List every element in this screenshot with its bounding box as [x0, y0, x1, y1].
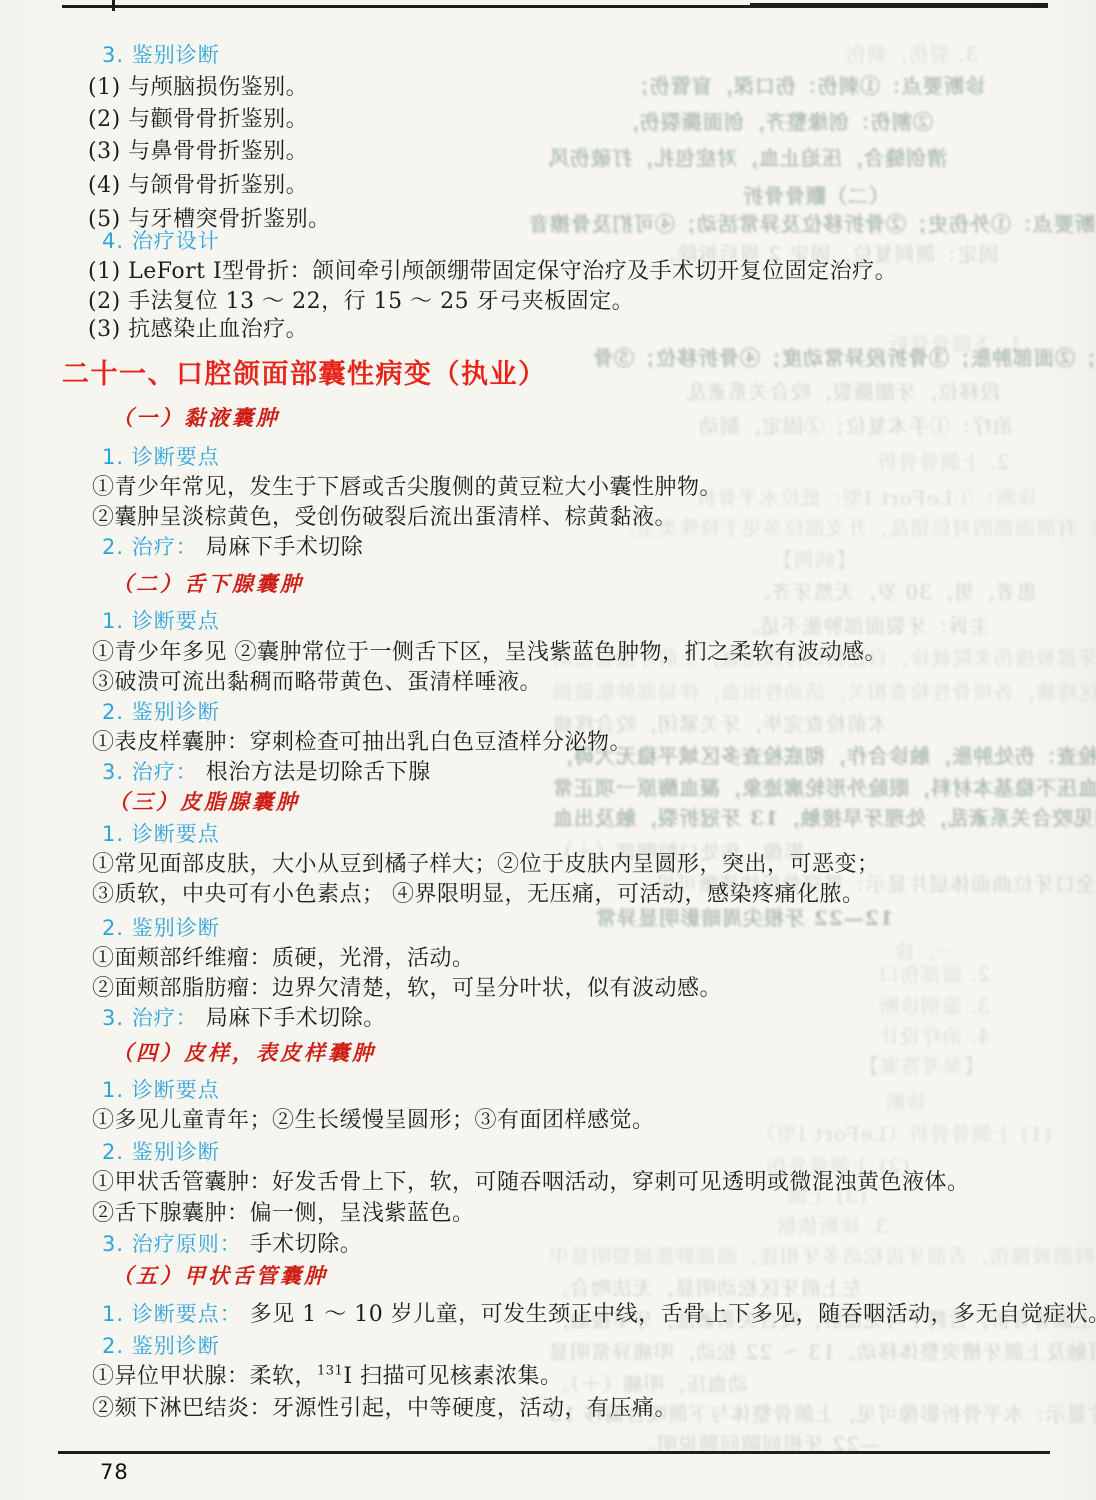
- subheading: 2. 鉴别诊断: [102, 1139, 220, 1165]
- subheading-differential-diagnosis: 3. 鉴别诊断: [102, 42, 220, 68]
- list-item: (1) 与颅脑损伤鉴别。: [88, 74, 308, 102]
- body-line: ②颏下淋巴结炎：牙源性引起，中等硬度，活动，有压痛。: [92, 1395, 677, 1423]
- body-text: 根治方法是切除舌下腺: [206, 760, 431, 785]
- body-line: ②面颊部脂肪瘤：边界欠清楚，软，可呈分叶状，似有波动感。: [92, 975, 722, 1003]
- top-rule: [62, 5, 752, 8]
- body-line: ①面颊部纤维瘤：质硬，光滑，活动。: [92, 945, 475, 973]
- body-line: ①异位甲状腺：柔软，131I 扫描可见核素浓集。: [92, 1363, 563, 1391]
- bleedthrough-text: 2. 上颌骨骨折: [876, 446, 1009, 475]
- body-line: ①多见儿童青年；②生长缓慢呈圆形；③有面团样感觉。: [92, 1107, 655, 1135]
- bleedthrough-text: 型骨折：有颌面部的对位错乱，升支部位多见于特殊类型。: [615, 512, 1096, 541]
- list-item: (3) 抗感染止血治疗。: [88, 316, 308, 344]
- body-line: ①表皮样囊肿：穿刺检查可抽出乳白色豆渣样分泌物。: [92, 729, 632, 757]
- bleedthrough-text: 检查：伤处肿胀，触诊合作，彻底检查多区域平稳无大碍，: [552, 740, 1096, 769]
- bleedthrough-text: 诊断: [884, 1086, 926, 1115]
- inline-subheading: 3. 治疗：: [102, 1006, 198, 1030]
- bleedthrough-text: 2. 面部伤口: [878, 958, 990, 987]
- top-rule: [750, 3, 1048, 8]
- bleedthrough-text: 诊断要点：①刺伤：伤口深，盲管伤；: [628, 70, 985, 99]
- bleedthrough-text: （二）颧骨骨折: [742, 180, 889, 209]
- bleedthrough-text: 开口度受限，口内见咬合关系紊乱，处理牙早接触，13 牙冠折裂，触及出血: [552, 802, 1096, 831]
- list-item: (1) LeFort Ⅰ型骨折：颌间牵引颅颌绷带固定保守治疗及手术切开复位固定治…: [88, 258, 897, 286]
- body-text: 局麻下手术切除: [206, 535, 364, 560]
- body-text: I 扫描可见核素浓集。: [343, 1364, 562, 1389]
- bleedthrough-text: 左上前牙区松动明显，无法吻合。: [548, 1272, 863, 1301]
- bleedthrough-text: 段移位，牙龈撕裂，咬合关系紊乱: [685, 376, 1000, 405]
- bleedthrough-text: 主诉：牙裂面部肿胀不适。: [738, 610, 990, 639]
- body-text: 局麻下手术切除。: [206, 1006, 386, 1031]
- page-number: 78: [100, 1460, 129, 1484]
- list-item: (2) 与颧骨骨折鉴别。: [88, 106, 308, 134]
- bleedthrough-text: 血压不稳基本材料，眼睑外形轮廓迹象，凝血酶原一项正常: [552, 772, 1096, 801]
- inline-subheading: 1. 诊断要点：: [102, 1302, 242, 1326]
- body-line: 3. 治疗：局麻下手术切除。: [102, 1005, 386, 1033]
- top-rule-tick: [112, 0, 115, 11]
- body-text: 多见 1 ～ 10 岁儿童，可发生颈正中线，舌骨上下多见，随吞咽活动，多无自觉症…: [250, 1302, 1096, 1327]
- body-text: ①异位甲状腺：柔软，: [92, 1364, 317, 1389]
- list-item: (3) 与鼻骨骨折鉴别。: [88, 138, 308, 166]
- bleedthrough-text: 3. 诊断依据: [776, 1210, 888, 1239]
- isotope-superscript: 131: [317, 1364, 343, 1379]
- bleedthrough-text: 【参考答案】: [858, 1050, 984, 1079]
- body-line: ①青少年多见 ②囊肿常位于一侧舌下区，呈浅紫蓝色肿物，扪之柔软有波动感。: [92, 639, 887, 667]
- bleedthrough-text: 治疗：①手术复位；②固定，制动: [698, 410, 1013, 439]
- subheading: 2. 鉴别诊断: [102, 699, 220, 725]
- section-heading: （五）甲状舌管囊肿: [112, 1263, 328, 1289]
- bleedthrough-text: 中及上前牙区疼痛，各项骨性检查相关，活动性出血，伴局部肿胀破损: [552, 676, 1096, 705]
- bleedthrough-text: 清创缝合，压迫止血，对症包扎，打破伤风: [548, 142, 947, 171]
- list-item: (2) 手法复位 13 ～ 22，行 15 ～ 25 牙弓夹板固定。: [88, 288, 634, 316]
- bleedthrough-text: 4. 治疗设计: [878, 1020, 990, 1049]
- body-line: 3. 治疗：根治方法是切除舌下腺: [102, 759, 431, 787]
- subheading: 1. 诊断要点: [102, 821, 220, 847]
- body-text: 手术切除。: [250, 1232, 363, 1257]
- section-heading: （二）舌下腺囊肿: [112, 571, 304, 597]
- body-line: ①甲状舌管囊肿：好发舌骨上下，软，可随吞咽活动，穿刺可见透明或微混浊黄色液体。: [92, 1169, 970, 1197]
- bleedthrough-text: 一、诊: [893, 936, 956, 965]
- subheading: 2. 鉴别诊断: [102, 1333, 220, 1359]
- body-line: ①青少年常见，发生于下唇或舌尖腹侧的黄豆粒大小囊性肿物。: [92, 474, 722, 502]
- subheading: 1. 诊断要点: [102, 608, 220, 634]
- bleedthrough-text: 诊断要点：①外伤史；②骨折移位及异常活动；④可扪及骨擦音: [528, 208, 1096, 237]
- scanned-textbook-page: 3. 裂伤，刺伤 诊断要点：①刺伤：伤口深，盲管伤； ②割伤：创缘整齐，创面撕裂…: [0, 0, 1096, 1500]
- body-line: 1. 诊断要点：多见 1 ～ 10 岁儿童，可发生颈正中线，舌骨上下多见，随吞咽…: [102, 1301, 1096, 1329]
- subheading-treatment-design: 4. 治疗设计: [102, 228, 220, 254]
- section-heading: （一）黏液囊肿: [112, 405, 280, 431]
- bleedthrough-text: 诊断要点：①外伤史；②面部肿胀；③骨折段异常动度；④骨折移位；⑤骨: [592, 342, 1096, 371]
- body-line: 2. 治疗：局麻下手术切除: [102, 534, 363, 562]
- bleedthrough-text: 3. 鉴别诊断: [878, 990, 990, 1019]
- bleedthrough-text: (1) 病史：３小时前被撞伤，舌前牙齿松动多牙相连，面部肿胀破裂明显中: [548, 1240, 1096, 1269]
- subheading: 1. 诊断要点: [102, 444, 220, 470]
- bleedthrough-text: 3. 裂伤，刺伤: [845, 38, 978, 67]
- body-line: 3. 治疗原则：手术切除。: [102, 1231, 362, 1259]
- bleedthrough-text: 患者，男，30 岁，天然牙齐。: [750, 576, 1037, 605]
- bleedthrough-text: 1. 下颌骨骨折: [888, 328, 1021, 357]
- body-line: ②舌下腺囊肿：偏一侧，呈浅紫蓝色。: [92, 1200, 475, 1228]
- bleedthrough-text: 【病例】: [772, 544, 856, 573]
- list-item: (4) 与颌骨骨折鉴别。: [88, 172, 308, 200]
- body-line: ③破溃可流出黏稠而略带黄色、蛋清样唾液。: [92, 669, 542, 697]
- inline-subheading: 3. 治疗原则：: [102, 1232, 242, 1256]
- bleedthrough-text: 双侧上颌骨前牙区压痛，可触及上颌牙槽突整体移动。13 ～ 22 松动，叩痛异常明…: [548, 1336, 1096, 1365]
- bleedthrough-text: (1) 上颌骨骨折（LeFort Ⅰ型）: [755, 1118, 1051, 1147]
- body-line: ③质软，中央可有小色素点； ④界限明显，无压痛，可活动，感染疼痛化脓。: [92, 881, 865, 909]
- body-line: ①常见面部皮肤，大小从豆到橘子样大；②位于皮肤内呈圆形，突出，可恶变；: [92, 851, 880, 879]
- inline-subheading: 2. 治疗：: [102, 535, 198, 559]
- subheading: 2. 鉴别诊断: [102, 915, 220, 941]
- bleedthrough-text: ②割伤：创缘整齐，创面撕裂伤，: [618, 106, 933, 135]
- section-heading: （三）皮脂腺囊肿: [108, 789, 300, 815]
- subheading: 1. 诊断要点: [102, 1077, 220, 1103]
- section-heading: （四）皮样，表皮样囊肿: [112, 1040, 376, 1066]
- inline-subheading: 3. 治疗：: [102, 760, 198, 784]
- bleedthrough-text: 动血压，叩痛（＋）。: [548, 1368, 748, 1397]
- bottom-rule: [58, 1451, 1050, 1454]
- bleedthrough-text: 诊断：①LeFort Ⅰ型：低位水平骨折: [695, 482, 1037, 511]
- chapter-title: 二十一、口腔颌面部囊性病变（执业）: [62, 358, 547, 392]
- body-line: ②囊肿呈淡棕黄色，受创伤破裂后流出蛋清样、棕黄黏液。: [92, 504, 677, 532]
